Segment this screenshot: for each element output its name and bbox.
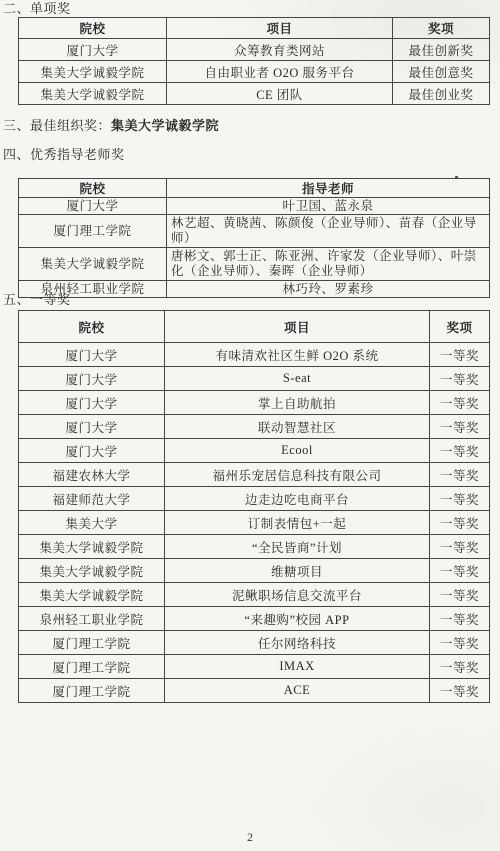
table-cell: 泉州轻工职业学院 xyxy=(19,607,165,631)
table-cell: 一等奖 xyxy=(430,559,490,583)
table-cell: 一等奖 xyxy=(430,391,490,415)
table-cell: 掌上自助航拍 xyxy=(165,391,430,415)
table-cell: 厦门理工学院 xyxy=(19,631,165,655)
table-cell: 厦门理工学院 xyxy=(19,215,167,248)
table-row: 厦门大学有味清欢社区生鲜 O2O 系统一等奖 xyxy=(19,343,490,367)
column-header: 奖项 xyxy=(393,18,490,39)
table-row: 厦门大学Ecool一等奖 xyxy=(19,439,490,463)
table-cell: “来趣购”校园 APP xyxy=(165,607,430,631)
table-row: 厦门理工学院IMAX一等奖 xyxy=(19,655,490,679)
table-cell: CE 团队 xyxy=(167,83,393,105)
table-cell: 集美大学 xyxy=(19,511,165,535)
header-row: 院校项目奖项 xyxy=(19,311,490,343)
table-cell: 一等奖 xyxy=(430,511,490,535)
table-cell: 边走边吃电商平台 xyxy=(165,487,430,511)
table-cell: 厦门大学 xyxy=(19,439,165,463)
table-cell: 有味清欢社区生鲜 O2O 系统 xyxy=(165,343,430,367)
table-cell: 最佳创意奖 xyxy=(393,61,490,83)
table-cell: 林巧玲、罗素珍 xyxy=(167,281,490,298)
table-cell: 集美大学诚毅学院 xyxy=(19,535,165,559)
table-cell: 维糖项目 xyxy=(165,559,430,583)
table-row: 厦门大学叶卫国、蓝永泉 xyxy=(19,198,490,215)
table-cell: 一等奖 xyxy=(430,631,490,655)
first-prize-table: 院校项目奖项厦门大学有味清欢社区生鲜 O2O 系统一等奖厦门大学S-eat一等奖… xyxy=(18,310,490,703)
table-row: 厦门理工学院ACE一等奖 xyxy=(19,679,490,703)
table-cell: 最佳创新奖 xyxy=(393,39,490,61)
table-cell: 订制表情包+一起 xyxy=(165,511,430,535)
table-cell: 一等奖 xyxy=(430,439,490,463)
table-cell: 厦门理工学院 xyxy=(19,679,165,703)
table-row: 集美大学诚毅学院唐彬文、郭士正、陈亚洲、许家发（企业导师）、叶崇化（企业导师）、… xyxy=(19,248,490,281)
advisors-table: 院校指导老师厦门大学叶卫国、蓝永泉厦门理工学院林艺超、黄晓茜、陈颜俊（企业导师）… xyxy=(18,178,490,298)
table-cell: 一等奖 xyxy=(430,343,490,367)
table-row: 厦门大学众筹教育类网站最佳创新奖 xyxy=(19,39,490,61)
table-cell: 福建农林大学 xyxy=(19,463,165,487)
table-row: 厦门理工学院林艺超、黄晓茜、陈颜俊（企业导师）、苗春（企业导师） xyxy=(19,215,490,248)
table-cell: 集美大学诚毅学院 xyxy=(19,248,167,281)
table-cell: 厦门理工学院 xyxy=(19,655,165,679)
table-row: 集美大学诚毅学院“全民皆商”计划一等奖 xyxy=(19,535,490,559)
table-cell: IMAX xyxy=(165,655,430,679)
table-cell: 联动智慧社区 xyxy=(165,415,430,439)
table-cell: 任尔网络科技 xyxy=(165,631,430,655)
table-cell: 厦门大学 xyxy=(19,343,165,367)
section-heading-first-prize: 五、一等奖 xyxy=(3,292,71,307)
header-row: 院校项目奖项 xyxy=(19,18,490,39)
table-cell: 集美大学诚毅学院 xyxy=(19,83,167,105)
section-heading-advisors: 四、优秀指导老师奖 xyxy=(3,147,125,162)
section-heading-single-awards: 二、单项奖 xyxy=(3,1,71,16)
table-cell: 福州乐宠居信息科技有限公司 xyxy=(165,463,430,487)
table-cell: 一等奖 xyxy=(430,415,490,439)
table-row: 集美大学订制表情包+一起一等奖 xyxy=(19,511,490,535)
page-number: 2 xyxy=(0,830,500,845)
table-cell: 厦门大学 xyxy=(19,391,165,415)
table-cell: 众筹教育类网站 xyxy=(167,39,393,61)
table-cell: 集美大学诚毅学院 xyxy=(19,583,165,607)
table-row: 福建农林大学福州乐宠居信息科技有限公司一等奖 xyxy=(19,463,490,487)
table-row: 厦门理工学院任尔网络科技一等奖 xyxy=(19,631,490,655)
best-organization-winner: 集美大学诚毅学院 xyxy=(111,118,219,133)
column-header: 院校 xyxy=(19,311,165,343)
table-cell: 一等奖 xyxy=(430,583,490,607)
table-cell: ACE xyxy=(165,679,430,703)
column-header: 项目 xyxy=(167,18,393,39)
table-row: 集美大学诚毅学院自由职业者 O2O 服务平台最佳创意奖 xyxy=(19,61,490,83)
table-row: 厦门大学S-eat一等奖 xyxy=(19,367,490,391)
section-heading-best-organization: 三、最佳组织奖：集美大学诚毅学院 xyxy=(3,118,219,133)
column-header: 奖项 xyxy=(430,311,490,343)
table-cell: 福建师范大学 xyxy=(19,487,165,511)
table-cell: 唐彬文、郭士正、陈亚洲、许家发（企业导师）、叶崇化（企业导师）、秦晖（企业导师） xyxy=(167,248,490,281)
table-cell: 一等奖 xyxy=(430,487,490,511)
table-cell: S-eat xyxy=(165,367,430,391)
table-cell: 泥鳅职场信息交流平台 xyxy=(165,583,430,607)
table-cell: 林艺超、黄晓茜、陈颜俊（企业导师）、苗春（企业导师） xyxy=(167,215,490,248)
table-cell: 叶卫国、蓝永泉 xyxy=(167,198,490,215)
table-cell: “全民皆商”计划 xyxy=(165,535,430,559)
table-cell: 一等奖 xyxy=(430,535,490,559)
table-cell: 一等奖 xyxy=(430,655,490,679)
table-row: 泉州轻工职业学院林巧玲、罗素珍 xyxy=(19,281,490,298)
table-row: 集美大学诚毅学院维糖项目一等奖 xyxy=(19,559,490,583)
column-header: 院校 xyxy=(19,179,167,198)
table-cell: 一等奖 xyxy=(430,463,490,487)
table-cell: 厦门大学 xyxy=(19,367,165,391)
column-header: 项目 xyxy=(165,311,430,343)
table-cell: 一等奖 xyxy=(430,607,490,631)
header-row: 院校指导老师 xyxy=(19,179,490,198)
table-cell: 厦门大学 xyxy=(19,198,167,215)
table-cell: 最佳创业奖 xyxy=(393,83,490,105)
column-header: 指导老师 xyxy=(167,179,490,198)
single-awards-table: 院校项目奖项厦门大学众筹教育类网站最佳创新奖集美大学诚毅学院自由职业者 O2O … xyxy=(18,17,490,105)
table-row: 厦门大学联动智慧社区一等奖 xyxy=(19,415,490,439)
best-organization-label: 三、最佳组织奖： xyxy=(3,118,111,133)
table-row: 福建师范大学边走边吃电商平台一等奖 xyxy=(19,487,490,511)
table-row: 厦门大学掌上自助航拍一等奖 xyxy=(19,391,490,415)
scanned-document-page: 二、单项奖 院校项目奖项厦门大学众筹教育类网站最佳创新奖集美大学诚毅学院自由职业… xyxy=(0,0,500,851)
table-cell: 厦门大学 xyxy=(19,39,167,61)
column-header: 院校 xyxy=(19,18,167,39)
table-cell: 一等奖 xyxy=(430,367,490,391)
table-cell: 一等奖 xyxy=(430,679,490,703)
table-row: 集美大学诚毅学院CE 团队最佳创业奖 xyxy=(19,83,490,105)
table-cell: 自由职业者 O2O 服务平台 xyxy=(167,61,393,83)
table-cell: Ecool xyxy=(165,439,430,463)
table-row: 集美大学诚毅学院泥鳅职场信息交流平台一等奖 xyxy=(19,583,490,607)
table-cell: 集美大学诚毅学院 xyxy=(19,559,165,583)
table-row: 泉州轻工职业学院“来趣购”校园 APP一等奖 xyxy=(19,607,490,631)
table-cell: 集美大学诚毅学院 xyxy=(19,61,167,83)
table-cell: 厦门大学 xyxy=(19,415,165,439)
